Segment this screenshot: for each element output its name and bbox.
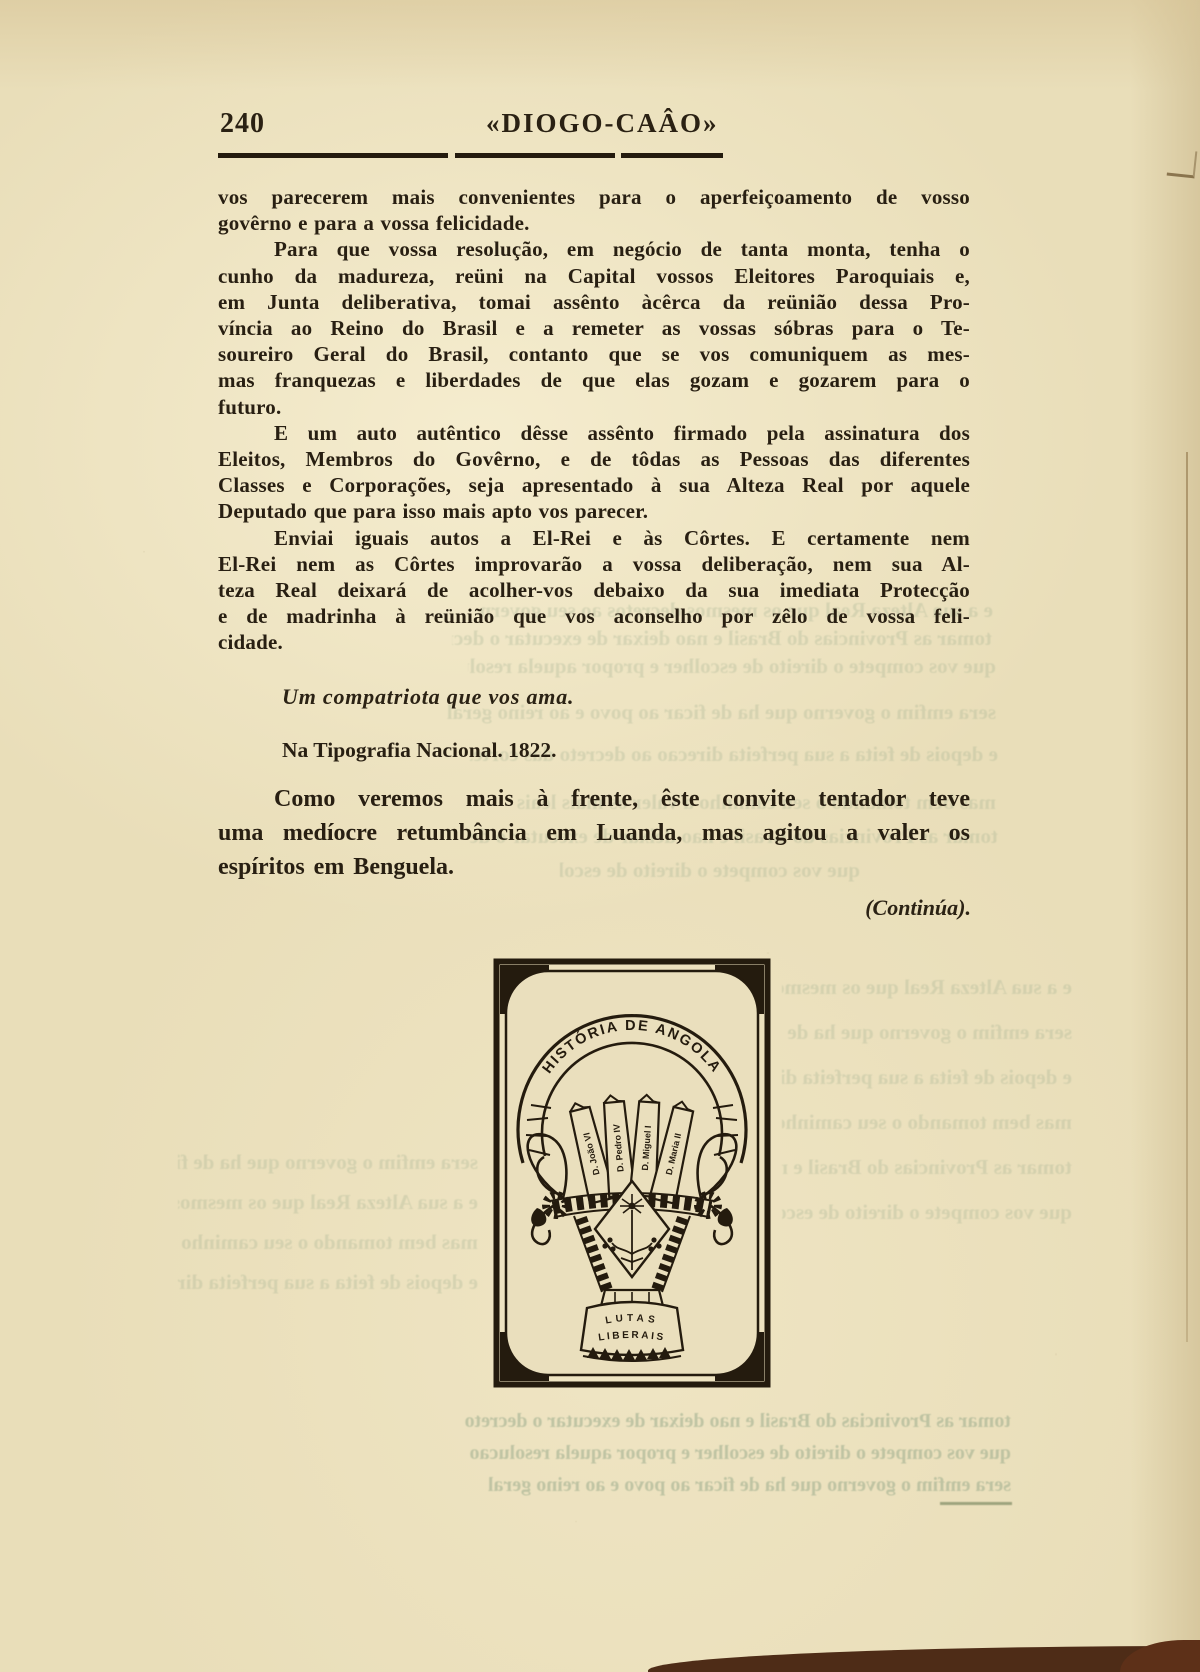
text-line: Classes e Corporações, seja apresentado … (218, 472, 970, 498)
text-line: Enviai iguais autos a El-Rei e às Côrtes… (218, 525, 970, 551)
imprint-line: Na Tipografia Nacional. 1822. (282, 738, 557, 763)
text-line: vos parecerem mais convenientes para o a… (218, 184, 970, 210)
signature-line: Um compatriota que vos ama. (282, 684, 574, 710)
text-line: Para que vossa resolução, em negócio de … (218, 236, 970, 262)
showthrough-line: sera emfim o governo que ha de ficar ao … (205, 1474, 1011, 1497)
showthrough-line: tomar as Provincias do Brasil e nao deix… (205, 1410, 1011, 1433)
showthrough-line: sera emfim o governo que ha de ficar ao … (782, 1020, 1072, 1045)
showthrough-line: mas bem tomando o seu caminho a valer os… (178, 1230, 478, 1255)
showthrough-line: que vos compete o direito de escolher e … (468, 654, 996, 679)
text-line: em Junta deliberativa, tomai assênto àcê… (218, 289, 970, 315)
showthrough-line: e depois de feita a sua perfeita direcao… (782, 1065, 1072, 1090)
header-rule (218, 153, 723, 158)
closing-paragraph: Como veremos mais à frente, êste convite… (218, 782, 970, 884)
text-line: cunho da madureza, reüni na Capital voss… (218, 263, 970, 289)
showthrough-line: e a sua Alteza Real que os mesmos decret… (782, 975, 1072, 1000)
continua-note: (Continúa). (218, 895, 971, 921)
showthrough-line: e a sua Alteza Real que os mesmos decret… (178, 1190, 478, 1215)
text-line: El-Rei nem as Côrtes improvarão a vossa … (218, 551, 970, 577)
vignette-svg: HISTÓRIA DE ANGOLA D. João VI D. Pedro I… (493, 958, 771, 1388)
text-line: Deputado que para isso mais apto vos par… (218, 498, 970, 524)
text-line: govêrno e para a vossa felicidade. (218, 210, 970, 236)
page-edge-notch (1167, 149, 1198, 179)
text-line: víncia ao Reino do Brasil e a remeter as… (218, 315, 970, 341)
showthrough-underline (940, 1502, 1012, 1505)
text-line: soureiro Geral do Brasil, contanto que s… (218, 341, 970, 367)
text-line: Como veremos mais à frente, êste convite… (218, 782, 970, 816)
scanned-book-page: { "page": { "number": "240", "header_tit… (0, 0, 1200, 1672)
text-line: futuro. (218, 394, 970, 420)
historia-de-angola-vignette: HISTÓRIA DE ANGOLA D. João VI D. Pedro I… (493, 958, 771, 1388)
page-edge-line (1186, 452, 1188, 1342)
running-head-title: «DIOGO-CAÂO» (486, 108, 719, 139)
showthrough-line: que vos compete o direito de escolher e … (205, 1442, 1011, 1465)
text-line: E um auto autêntico dêsse assênto firmad… (218, 420, 970, 446)
showthrough-line: mas bem tomando o seu caminho a valer os… (782, 1110, 1072, 1135)
text-line: Eleitos, Membros do Govêrno, e de tôdas … (218, 446, 970, 472)
text-line: e de madrinha à reünião que vos aconselh… (218, 603, 970, 629)
showthrough-line: e depois de feita a sua perfeita direcao… (178, 1270, 478, 1295)
text-line: uma medíocre retumbância em Luanda, mas … (218, 816, 970, 850)
body-text-column: vos parecerem mais convenientes para o a… (218, 184, 970, 656)
showthrough-line: que vos compete o direito de escolher e … (782, 1200, 1072, 1225)
text-line: espíritos em Benguela. (218, 850, 970, 884)
text-line: cidade. (218, 629, 970, 655)
page-number: 240 (220, 108, 265, 140)
showthrough-line: tomar as Provincias do Brasil e nao deix… (782, 1155, 1072, 1180)
text-line: mas franquezas e liberdades de que elas … (218, 367, 970, 393)
showthrough-line: sera emfim o governo que ha de ficar ao … (178, 1150, 478, 1175)
text-line: teza Real deixará de acolher-vos debaixo… (218, 577, 970, 603)
